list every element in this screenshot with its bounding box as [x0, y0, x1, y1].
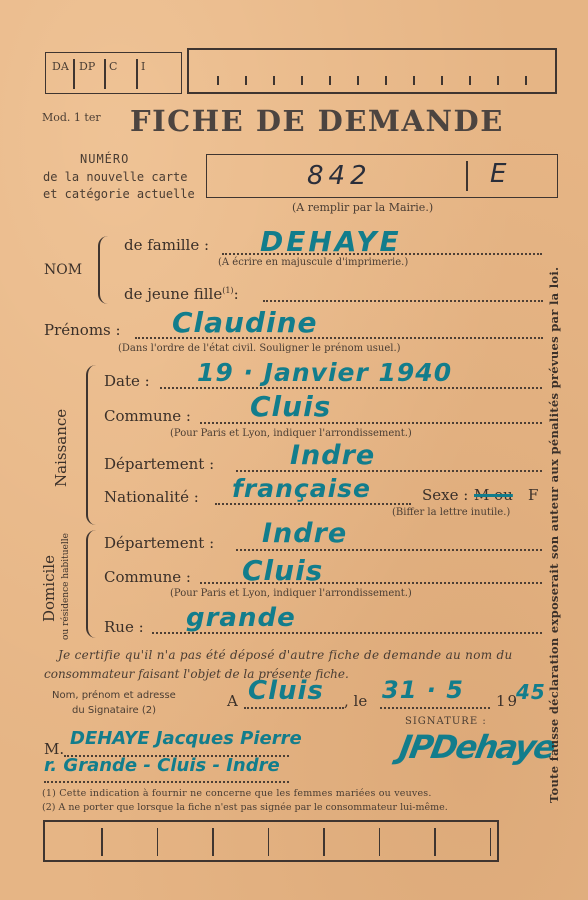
domicile-commune-label: Commune : — [104, 568, 191, 586]
naissance-commune-value[interactable]: Cluis — [250, 390, 331, 423]
code-cell-da: DA — [52, 60, 69, 73]
serial-tick — [217, 76, 219, 85]
nationalite-value[interactable]: française — [232, 474, 371, 503]
serial-tick — [441, 76, 443, 85]
bottom-control-box — [43, 820, 499, 862]
naissance-commune-label: Commune : — [104, 407, 191, 425]
signataire-label-2: du Signataire (2) — [72, 705, 156, 716]
domicile-group-label: Domicile — [40, 555, 58, 622]
sexe-kept[interactable]: F — [528, 486, 538, 504]
prenoms-label: Prénoms : — [44, 321, 121, 339]
serial-tick — [497, 76, 499, 85]
date-label: Date : — [104, 372, 150, 390]
place-prefix: A — [227, 692, 238, 710]
footnote-2: (2) A ne porter que lorsque la fiche n'e… — [42, 802, 448, 813]
famille-label: de famille : — [124, 236, 209, 254]
jeune-fille-field[interactable] — [263, 300, 543, 302]
model-label: Mod. 1 ter — [42, 111, 101, 124]
nom-group-label: NOM — [44, 262, 82, 278]
signature[interactable]: JPDehaye — [397, 728, 557, 766]
serial-tick — [469, 76, 471, 85]
date-value[interactable]: 19 · Janvier 1940 — [197, 358, 452, 387]
rue-label: Rue : — [104, 618, 144, 636]
date-prefix: , le — [344, 692, 367, 710]
bottom-box-divider — [101, 828, 103, 856]
bottom-box-divider — [490, 828, 492, 856]
naissance-departement-value[interactable]: Indre — [290, 440, 375, 471]
code-box: DA DP C I — [45, 52, 182, 94]
serial-tick — [329, 76, 331, 85]
year-value[interactable]: 45 — [516, 680, 546, 704]
rue-value[interactable]: Grande — [186, 603, 296, 633]
bottom-box-divider — [323, 828, 325, 856]
signataire-label-1: Nom, prénom et adresse — [52, 690, 176, 701]
signing-date-value[interactable]: 31 · 5 — [382, 676, 464, 704]
code-cell-dp: DP — [79, 60, 95, 73]
famille-note: (A écrire en majuscule d'imprimerie.) — [218, 257, 408, 268]
serial-tick — [357, 76, 359, 85]
domicile-departement-label: Département : — [104, 534, 214, 552]
serial-tick — [413, 76, 415, 85]
bottom-box-divider — [212, 828, 214, 856]
page-title: FICHE DE DEMANDE — [130, 104, 504, 138]
serial-number-box — [187, 48, 557, 94]
serial-tick — [273, 76, 275, 85]
category-value[interactable]: E — [490, 159, 506, 189]
sexe-note: (Biffer la lettre inutile.) — [392, 507, 510, 518]
bottom-box-divider — [434, 828, 436, 856]
naissance-group-label: Naissance — [52, 409, 70, 487]
footnote-1: (1) Cette indication à fournir ne concer… — [42, 788, 432, 799]
place-value[interactable]: Cluis — [248, 676, 324, 706]
numero-label: NUMÉRO — [80, 152, 129, 166]
serial-tick — [301, 76, 303, 85]
domicile-commune-note: (Pour Paris et Lyon, indiquer l'arrondis… — [170, 588, 412, 599]
naissance-commune-note: (Pour Paris et Lyon, indiquer l'arrondis… — [170, 428, 412, 439]
numero-value[interactable]: 842 — [307, 161, 372, 191]
numero-sublabel-1: de la nouvelle carte — [43, 170, 188, 184]
numero-note: (A remplir par la Mairie.) — [292, 201, 433, 214]
jeune-fille-label: de jeune fille(1): — [124, 285, 239, 303]
bottom-box-divider — [157, 828, 159, 856]
code-cell-i: I — [141, 60, 145, 73]
bottom-box-divider — [379, 828, 381, 856]
numero-box: 842 E — [206, 154, 558, 198]
serial-tick — [525, 76, 527, 85]
prenoms-note: (Dans l'ordre de l'état civil. Souligner… — [118, 343, 401, 354]
serial-tick — [385, 76, 387, 85]
signataire-name-value[interactable]: DEHAYE Jacques Pierre — [70, 728, 302, 749]
domicile-commune-value[interactable]: Cluis — [242, 554, 323, 587]
serial-tick — [245, 76, 247, 85]
signature-label: SIGNATURE : — [405, 716, 487, 727]
domicile-departement-value[interactable]: Indre — [262, 518, 347, 549]
signataire-address-value[interactable]: r. Grande - Cluis - Indre — [44, 755, 280, 776]
domicile-group-sublabel: ou résidence habituelle — [61, 533, 71, 640]
code-cell-c: C — [109, 60, 117, 73]
numero-sublabel-2: et catégorie actuelle — [43, 187, 195, 201]
nationalite-label: Nationalité : — [104, 488, 199, 506]
certification-line-1: Je certifie qu'il n'a pas été déposé d'a… — [58, 648, 513, 662]
prenoms-value[interactable]: Claudine — [172, 306, 318, 339]
side-warning: Toute fausse déclaration exposerait son … — [547, 267, 561, 803]
bottom-box-divider — [268, 828, 270, 856]
sexe-label: Sexe : — [422, 486, 468, 504]
sexe-struck: M ou — [474, 486, 513, 504]
naissance-departement-label: Département : — [104, 455, 214, 473]
famille-value[interactable]: DEHAYE — [260, 225, 402, 258]
